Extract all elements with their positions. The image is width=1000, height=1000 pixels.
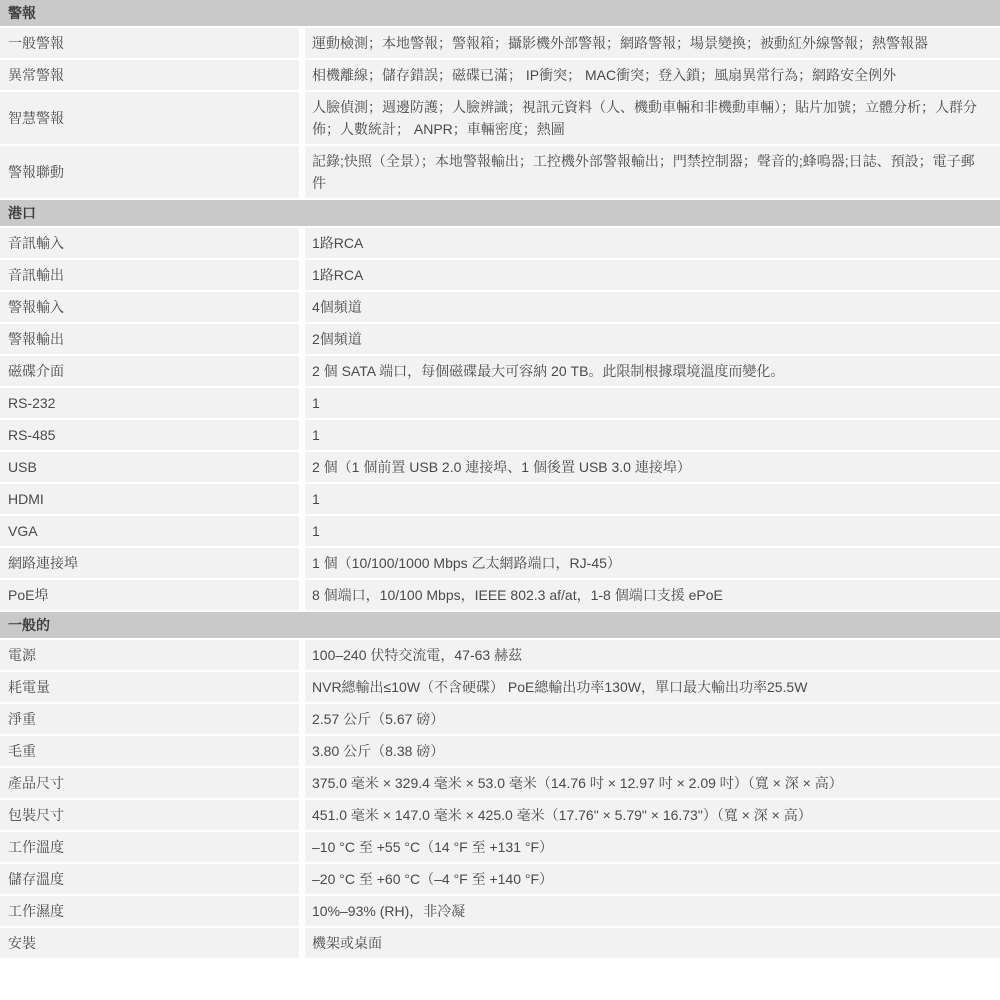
spec-table: 警報一般警報運動檢測；本地警報；警報箱；攝影機外部警報；網路警報；場景變換；被動…	[0, 0, 1000, 958]
spec-row-label: 一般警報	[0, 28, 299, 58]
spec-row: 一般警報運動檢測；本地警報；警報箱；攝影機外部警報；網路警報；場景變換；被動紅外…	[0, 28, 1000, 58]
spec-row-label: 異常警報	[0, 60, 299, 90]
spec-row-value: 機架或桌面	[305, 928, 1000, 958]
spec-row-value: 人臉偵測；週邊防護；人臉辨識；視訊元資料（人、機動車輛和非機動車輛）；貼片加號；…	[305, 92, 1000, 144]
spec-row-value: –20 °C 至 +60 °C（–4 °F 至 +140 °F）	[305, 864, 1000, 894]
spec-row-label: 警報輸入	[0, 292, 299, 322]
spec-row-value: –10 °C 至 +55 °C（14 °F 至 +131 °F）	[305, 832, 1000, 862]
spec-row-label: 音訊輸出	[0, 260, 299, 290]
section-header: 一般的	[0, 612, 1000, 638]
spec-row-value: 記錄;快照（全景）；本地警報輸出；工控機外部警報輸出；門禁控制器；聲音的;蜂鳴器…	[305, 146, 1000, 198]
spec-row-value: 100–240 伏特交流電，47-63 赫茲	[305, 640, 1000, 670]
spec-row: 工作溫度–10 °C 至 +55 °C（14 °F 至 +131 °F）	[0, 832, 1000, 862]
spec-row-value: 375.0 毫米 × 329.4 毫米 × 53.0 毫米（14.76 吋 × …	[305, 768, 1000, 798]
spec-row: 儲存溫度–20 °C 至 +60 °C（–4 °F 至 +140 °F）	[0, 864, 1000, 894]
spec-row-label: 產品尺寸	[0, 768, 299, 798]
spec-row-value: 1	[305, 484, 1000, 514]
spec-row-value: 1	[305, 388, 1000, 418]
spec-row-label: 安裝	[0, 928, 299, 958]
spec-row: 毛重3.80 公斤（8.38 磅）	[0, 736, 1000, 766]
spec-row-label: 毛重	[0, 736, 299, 766]
spec-row-label: 包裝尺寸	[0, 800, 299, 830]
spec-row: 耗電量NVR總輸出≤10W（不含硬碟） PoE總輸出功率130W，單口最大輸出功…	[0, 672, 1000, 702]
spec-row-value: 2 個（1 個前置 USB 2.0 連接埠、1 個後置 USB 3.0 連接埠）	[305, 452, 1000, 482]
spec-row-value: 1路RCA	[305, 260, 1000, 290]
spec-row-label: 磁碟介面	[0, 356, 299, 386]
spec-row: 警報輸出2個頻道	[0, 324, 1000, 354]
spec-row: 警報聯動記錄;快照（全景）；本地警報輸出；工控機外部警報輸出；門禁控制器；聲音的…	[0, 146, 1000, 198]
spec-row: 產品尺寸375.0 毫米 × 329.4 毫米 × 53.0 毫米（14.76 …	[0, 768, 1000, 798]
spec-row-label: HDMI	[0, 484, 299, 514]
spec-row-value: 1	[305, 516, 1000, 546]
spec-row-value: 8 個端口，10/100 Mbps，IEEE 802.3 af/at，1-8 個…	[305, 580, 1000, 610]
spec-row-label: RS-485	[0, 420, 299, 450]
spec-row-value: 10%–93% (RH)，非冷凝	[305, 896, 1000, 926]
spec-row: 音訊輸出1路RCA	[0, 260, 1000, 290]
spec-row-label: 網路連接埠	[0, 548, 299, 578]
section-header: 警報	[0, 0, 1000, 26]
spec-row: 異常警報相機離線；儲存錯誤；磁碟已滿； IP衝突； MAC衝突；登入鎖；風扇異常…	[0, 60, 1000, 90]
spec-row-label: 警報聯動	[0, 146, 299, 198]
spec-row-label: 智慧警報	[0, 92, 299, 144]
spec-row: 安裝機架或桌面	[0, 928, 1000, 958]
spec-row-label: PoE埠	[0, 580, 299, 610]
spec-row-label: 警報輸出	[0, 324, 299, 354]
spec-row: 警報輸入4個頻道	[0, 292, 1000, 322]
spec-row-value: NVR總輸出≤10W（不含硬碟） PoE總輸出功率130W，單口最大輸出功率25…	[305, 672, 1000, 702]
spec-row-label: 工作濕度	[0, 896, 299, 926]
spec-row: 工作濕度10%–93% (RH)，非冷凝	[0, 896, 1000, 926]
spec-row: 智慧警報人臉偵測；週邊防護；人臉辨識；視訊元資料（人、機動車輛和非機動車輛）；貼…	[0, 92, 1000, 144]
spec-row-label: 儲存溫度	[0, 864, 299, 894]
spec-row: 網路連接埠1 個（10/100/1000 Mbps 乙太網路端口，RJ-45）	[0, 548, 1000, 578]
spec-row-value: 1路RCA	[305, 228, 1000, 258]
spec-row-label: RS-232	[0, 388, 299, 418]
spec-row: USB2 個（1 個前置 USB 2.0 連接埠、1 個後置 USB 3.0 連…	[0, 452, 1000, 482]
spec-row-value: 1 個（10/100/1000 Mbps 乙太網路端口，RJ-45）	[305, 548, 1000, 578]
spec-row: 電源100–240 伏特交流電，47-63 赫茲	[0, 640, 1000, 670]
spec-row-label: 工作溫度	[0, 832, 299, 862]
spec-row-label: 電源	[0, 640, 299, 670]
spec-row-value: 運動檢測；本地警報；警報箱；攝影機外部警報；網路警報；場景變換；被動紅外線警報；…	[305, 28, 1000, 58]
spec-row-value: 1	[305, 420, 1000, 450]
spec-row: 包裝尺寸451.0 毫米 × 147.0 毫米 × 425.0 毫米（17.76…	[0, 800, 1000, 830]
spec-row-label: 淨重	[0, 704, 299, 734]
spec-row-value: 相機離線；儲存錯誤；磁碟已滿； IP衝突； MAC衝突；登入鎖；風扇異常行為；網…	[305, 60, 1000, 90]
spec-row: 音訊輸入1路RCA	[0, 228, 1000, 258]
spec-row-value: 2個頻道	[305, 324, 1000, 354]
spec-row-value: 3.80 公斤（8.38 磅）	[305, 736, 1000, 766]
spec-row: RS-4851	[0, 420, 1000, 450]
spec-row-value: 4個頻道	[305, 292, 1000, 322]
spec-row-value: 451.0 毫米 × 147.0 毫米 × 425.0 毫米（17.76" × …	[305, 800, 1000, 830]
spec-row: HDMI1	[0, 484, 1000, 514]
spec-row-value: 2 個 SATA 端口，每個磁碟最大可容納 20 TB。此限制根據環境溫度而變化…	[305, 356, 1000, 386]
spec-row-label: 音訊輸入	[0, 228, 299, 258]
spec-row: 磁碟介面2 個 SATA 端口，每個磁碟最大可容納 20 TB。此限制根據環境溫…	[0, 356, 1000, 386]
spec-row: VGA1	[0, 516, 1000, 546]
spec-row: 淨重2.57 公斤（5.67 磅）	[0, 704, 1000, 734]
spec-row-label: 耗電量	[0, 672, 299, 702]
spec-row: RS-2321	[0, 388, 1000, 418]
spec-row-label: VGA	[0, 516, 299, 546]
spec-row-value: 2.57 公斤（5.67 磅）	[305, 704, 1000, 734]
section-header: 港口	[0, 200, 1000, 226]
spec-row: PoE埠8 個端口，10/100 Mbps，IEEE 802.3 af/at，1…	[0, 580, 1000, 610]
spec-row-label: USB	[0, 452, 299, 482]
